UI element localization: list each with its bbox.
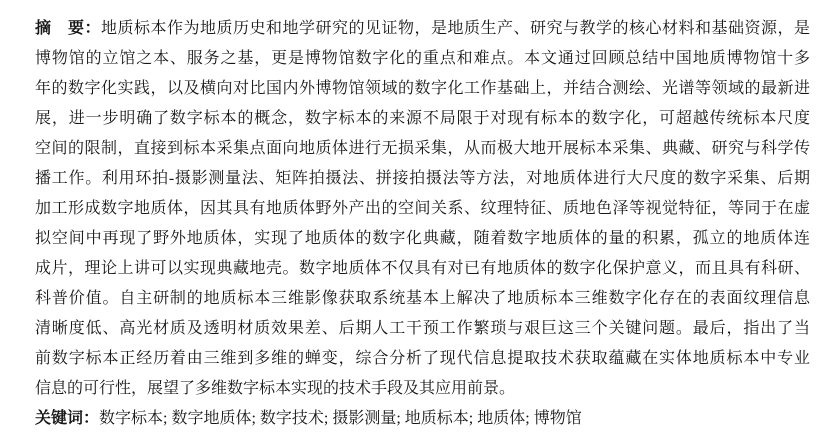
abstract-last-line: 信息的可行性，展望了多维数字标本实现的技术手段及其应用前景。 <box>35 374 810 404</box>
keywords-text: 数字标本; 数字地质体; 数字技术; 摄影测量; 地质标本; 地质体; 博物馆 <box>99 410 582 427</box>
abstract-line: 成片，理论上讲可以实现典藏地壳。数字地质体不仅具有对已有地质体的数字化保护意义，… <box>35 254 810 284</box>
abstract-line: 清晰度低、高光材质及透明材质效果差、后期人工干预工作繁琐与艰巨这三个关键问题。最… <box>35 314 810 344</box>
abstract-line: 播工作。利用环拍-摄影测量法、矩阵拍摄法、拼接拍摄法等方法，对地质体进行大尺度的… <box>35 164 810 194</box>
abstract-line: 空间的限制，直接到标本采集点面向地质体进行无损采集，从而极大地开展标本采集、典藏… <box>35 134 810 164</box>
abstract-page: 摘 要：地质标本作为地质历史和地学研究的见证物，是地质生产、研究与教学的核心材料… <box>0 0 835 447</box>
abstract-line: 博物馆的立馆之本、服务之基，更是博物馆数字化的重点和难点。本文通过回顾总结中国地… <box>35 44 810 74</box>
abstract-line: 前数字标本正经历着由三维到多维的蝉变，综合分析了现代信息提取技术获取蕴藏在实体地… <box>35 344 810 374</box>
keywords-line: 关键词：数字标本; 数字地质体; 数字技术; 摄影测量; 地质标本; 地质体; … <box>35 404 810 434</box>
abstract-line: 拟空间中再现了野外地质体，实现了地质体的数字化典藏，随着数字地质体的量的积累，孤… <box>35 224 810 254</box>
abstract-line: 加工形成数字地质体，因其具有地质体野外产出的空间关系、纹理特征、质地色泽等视觉特… <box>35 194 810 224</box>
abstract-label: 摘 要： <box>35 20 101 37</box>
abstract-line: 年的数字化实践，以及横向对比国内外博物馆领域的数字化工作基础上，并结合测绘、光谱… <box>35 74 810 104</box>
abstract-line: 摘 要：地质标本作为地质历史和地学研究的见证物，是地质生产、研究与教学的核心材料… <box>35 14 810 44</box>
abstract-line: 科普价值。自主研制的地质标本三维影像获取系统基本上解决了地质标本三维数字化存在的… <box>35 284 810 314</box>
abstract-text: 地质标本作为地质历史和地学研究的见证物，是地质生产、研究与教学的核心材料和基础资… <box>101 20 810 37</box>
keywords-label: 关键词： <box>35 410 99 427</box>
abstract-line: 展，进一步明确了数字标本的概念，数字标本的来源不局限于对现有标本的数字化，可超越… <box>35 104 810 134</box>
